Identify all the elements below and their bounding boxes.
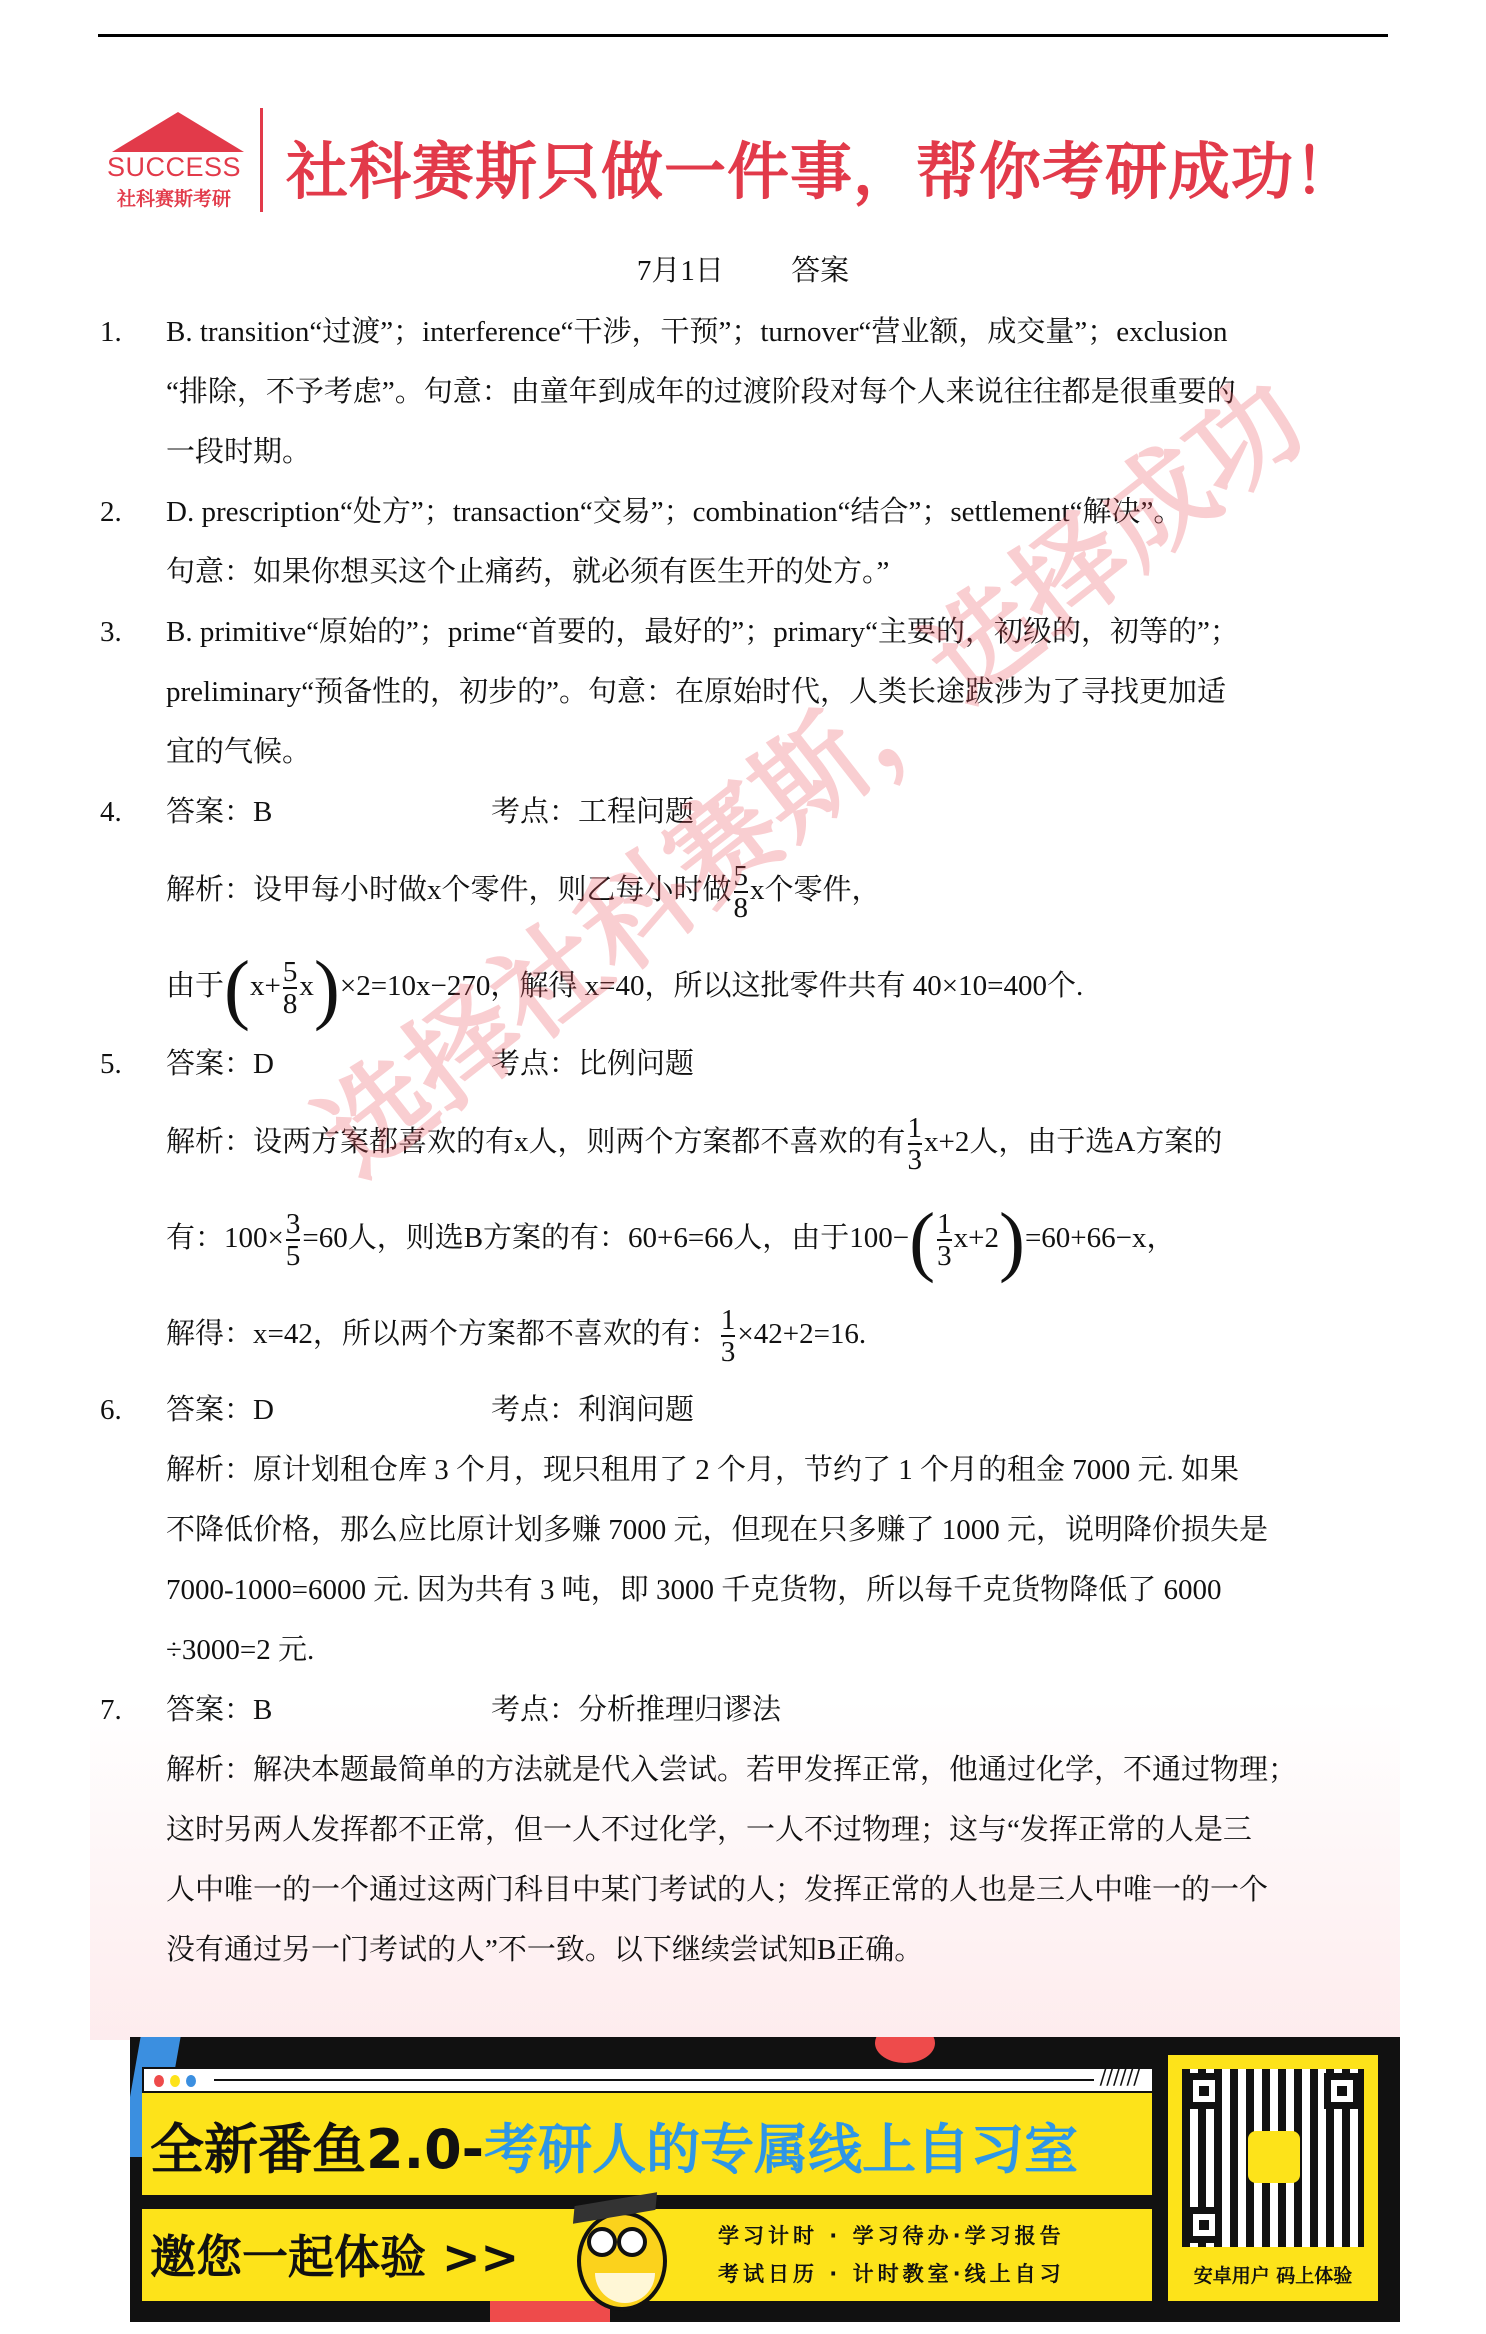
fraction: 13 [937,1209,952,1271]
answer-row: 答案：D考点：比例问题 [166,1034,1390,1094]
analysis-line: 解析：设甲每小时做x个零件，则乙每小时做58x个零件， [166,842,1390,938]
answer-value: 答案：D [166,1380,281,1440]
analysis-line: 解得：x=42，所以两个方案都不喜欢的有：13×42+2=16. [166,1286,1390,1382]
fraction: 13 [908,1113,923,1175]
logo-english: SUCCESS [104,152,244,183]
topic-label: 考点：比例问题 [491,1034,694,1094]
answer-value: 答案：B [166,782,281,842]
text-line: 不降低价格，那么应比原计划多赚 7000 元，但现在只多赚了 1000 元，说明… [166,1500,1390,1560]
item-number: 7. [100,1680,122,1740]
frac-den: 8 [734,891,749,923]
analysis-line: 由于(x+58x)×2=10x−270，解得 x=40，所以这批零件共有 40×… [166,938,1390,1034]
answer-item-5: 5. 答案：D考点：比例问题 解析：设两方案都喜欢的有x人，则两个方案都不喜欢的… [100,1034,1390,1382]
item-number: 4. [100,782,122,842]
text-run: x [299,970,314,1002]
text-line: 解析：原计划租仓库 3 个月，现只租用了 2 个月，节约了 1 个月的租金 70… [166,1440,1390,1500]
answer-item-7: 7. 答案：B考点：分析推理归谬法 解析：解决本题最简单的方法就是代入尝试。若甲… [100,1680,1390,1980]
dot-icon [170,2075,180,2087]
text-run: 解析：设两方案都喜欢的有x人，则两个方案都不喜欢的有 [166,1126,906,1158]
answer-value: 答案：B [166,1680,281,1740]
qr-code-box[interactable]: 安卓用户 码上体验 [1168,2055,1378,2301]
text-line: 宜的气候。 [166,722,1390,782]
topic-label: 考点：分析推理归谬法 [491,1680,781,1740]
answer-item-2: 2. D. prescription“处方”；transaction“交易”；c… [100,482,1390,602]
bar-line [214,2079,1094,2081]
frac-num: 5 [283,957,298,987]
item-number: 2. [100,482,122,542]
success-logo: SUCCESS 社科赛斯考研 [100,108,245,214]
text-line: D. prescription“处方”；transaction“交易”；comb… [166,482,1390,542]
headline: 全新番鱼2.0-考研人的专属线上自习室 [150,2107,1078,2184]
frac-num: 5 [734,861,749,891]
text-run: 解得：x=42，所以两个方案都不喜欢的有： [166,1318,719,1350]
frac-den: 3 [908,1143,923,1175]
qr-code-icon [1182,2069,1364,2247]
headline-black: 全新番鱼2.0- [150,2118,484,2181]
paren-right: ) [314,944,340,1031]
text-run: =60+66−x， [1025,1222,1176,1254]
fraction: 58 [283,957,298,1019]
item-number: 5. [100,1034,122,1094]
answer-list: 1. B. transition“过渡”；interference“干涉，干预”… [100,300,1390,1980]
frac-den: 8 [283,987,298,1019]
slashes-decor: ////// [1100,2065,1140,2089]
header-divider [260,108,263,212]
features-line: 学习计时 · 学习待办·学习报告 [718,2217,1065,2255]
cta-panel: 邀您一起体验 >> 学习计时 · 学习待办·学习报告 考试日历 · 计时教室·线… [142,2209,1152,2301]
cta-text[interactable]: 邀您一起体验 >> [150,2221,519,2287]
promo-banner[interactable]: ////// 全新番鱼2.0-考研人的专属线上自习室 邀您一起体验 >> 学习计… [130,2037,1400,2322]
answer-row: 答案：B考点：分析推理归谬法 [166,1680,1390,1740]
decor-shape [875,2037,935,2063]
text-line: 一段时期。 [166,422,1390,482]
topic-label: 考点：工程问题 [491,782,694,842]
answer-row: 答案：B考点：工程问题 [166,782,1390,842]
topic-label: 考点：利润问题 [491,1380,694,1440]
text-run: ×42+2=16. [737,1318,866,1350]
fraction: 58 [734,861,749,923]
item-number: 1. [100,302,122,362]
text-line: ÷3000=2 元. [166,1620,1390,1680]
answer-item-4: 4. 答案：B考点：工程问题 解析：设甲每小时做x个零件，则乙每小时做58x个零… [100,782,1390,1034]
text-line: 句意：如果你想买这个止痛药，就必须有医生开的处方。” [166,542,1390,602]
qr-label: 安卓用户 码上体验 [1168,2261,1378,2288]
headline-panel: 全新番鱼2.0-考研人的专属线上自习室 [142,2093,1152,2195]
answer-item-6: 6. 答案：D考点：利润问题 解析：原计划租仓库 3 个月，现只租用了 2 个月… [100,1380,1390,1680]
text-run: 个零件，则乙每小时做 [442,874,732,906]
text-line: B. primitive“原始的”；prime“首要的，最好的”；primary… [166,602,1390,662]
dot-icon [154,2075,164,2087]
text-run: 解析：设甲每小时做 [166,874,427,906]
frac-den: 3 [937,1239,952,1271]
frac-den: 3 [721,1335,736,1367]
text-run: ×2=10x−270，解得 x=40，所以这批零件共有 40×10=400个. [340,970,1083,1002]
dot-icon [186,2075,196,2087]
headline-blue: 考研人的专属线上自习室 [484,2118,1078,2181]
answer-item-1: 1. B. transition“过渡”；interference“干涉，干预”… [100,302,1390,482]
frac-den: 5 [286,1239,301,1271]
text-line: B. transition“过渡”；interference“干涉，干预”；tu… [166,302,1390,362]
text-line: 没有通过另一门考试的人”不一致。以下继续尝试知B正确。 [166,1920,1390,1980]
paren-right: ) [999,1196,1025,1283]
text-run: 有：100× [166,1222,284,1254]
text-run: x+2 [954,1222,999,1254]
slogan: 社科赛斯只做一件事，帮你考研成功！ [286,122,1357,211]
answer-row: 答案：D考点：利润问题 [166,1380,1390,1440]
title-label: 答案 [791,255,849,287]
frac-num: 3 [286,1209,301,1239]
text-line: 这时另两人发挥都不正常，但一人不过化学，一人不过物理；这与“发挥正常的人是三 [166,1800,1390,1860]
text-run: x+2人，由于选A方案的 [924,1126,1222,1158]
answer-item-3: 3. B. primitive“原始的”；prime“首要的，最好的”；prim… [100,602,1390,782]
text-line: preliminary“预备性的，初步的”。句意：在原始时代，人类长途跋涉为了寻… [166,662,1390,722]
frac-num: 1 [721,1305,736,1335]
mascot-icon [1248,2131,1300,2183]
page-header: SUCCESS 社科赛斯考研 社科赛斯只做一件事，帮你考研成功！ [100,108,1400,218]
text-run: x+ [250,970,281,1002]
item-number: 6. [100,1380,122,1440]
analysis-line: 有：100×35=60人，则选B方案的有：60+6=66人，由于100−(13x… [166,1190,1390,1286]
features-line: 考试日历 · 计时教室·线上自习 [718,2255,1065,2293]
text-run: =60人，则选B方案的有：60+6=66人，由于100− [302,1222,909,1254]
text-line: 解析：解决本题最简单的方法就是代入尝试。若甲发挥正常，他通过化学，不通过物理； [166,1740,1390,1800]
logo-chinese: 社科赛斯考研 [102,184,246,211]
browser-bar: ////// [142,2067,1154,2093]
feature-list: 学习计时 · 学习待办·学习报告 考试日历 · 计时教室·线上自习 [718,2217,1065,2293]
mascot-icon [567,2199,677,2307]
paren-left: ( [224,944,250,1031]
text-run: 由于 [166,970,224,1002]
top-rule [98,34,1388,37]
analysis-line: 解析：设两方案都喜欢的有x人，则两个方案都不喜欢的有13x+2人，由于选A方案的 [166,1094,1390,1190]
fraction: 13 [721,1305,736,1367]
text-line: 人中唯一的一个通过这两门科目中某门考试的人；发挥正常的人也是三人中唯一的一个 [166,1860,1390,1920]
paren-left: ( [909,1196,935,1283]
fraction: 35 [286,1209,301,1271]
math-var: x [427,874,442,906]
title-date: 7月1日 [637,255,724,287]
roof-icon [112,112,244,152]
text-line: “排除，不予考虑”。句意：由童年到成年的过渡阶段对每个人来说往往都是很重要的 [166,362,1390,422]
item-number: 3. [100,602,122,662]
answer-value: 答案：D [166,1034,281,1094]
page-title: 7月1日 答案 [0,248,1486,289]
frac-num: 1 [937,1209,952,1239]
frac-num: 1 [908,1113,923,1143]
text-line: 7000-1000=6000 元. 因为共有 3 吨，即 3000 千克货物，所… [166,1560,1390,1620]
text-run: x个零件， [750,874,881,906]
